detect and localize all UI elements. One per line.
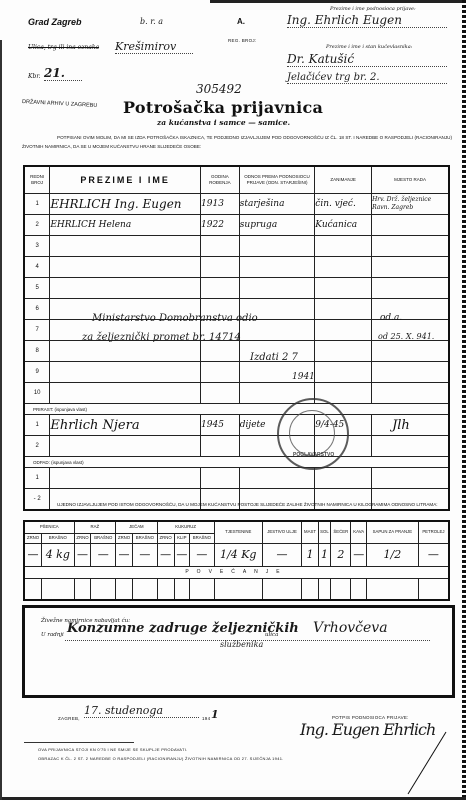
col-lard: MAST — [302, 521, 319, 543]
house-number-value: 21. — [44, 66, 82, 81]
sub-grain: ZRNO — [157, 533, 174, 543]
col-petroleum: PETROLEJ — [418, 521, 449, 543]
seal-inner-ring — [289, 410, 335, 456]
landlord-address: Jelačićev trg br. 2. — [287, 72, 447, 84]
col-soap: SAPUN ZA PRANJE — [366, 521, 418, 543]
person-name: EHRLICH Ing. Eugen — [50, 194, 201, 215]
sub-grain: ZRNO — [24, 533, 42, 543]
row-number: 9 — [24, 362, 50, 383]
value-rye-flour: — — [91, 543, 116, 566]
scan-edge-top — [210, 0, 466, 3]
sub-flour: BRAŠNO — [42, 533, 74, 543]
intro-declaration: POTPISANI OVIM MOLIM, DA MI SE IZDA POTR… — [22, 133, 452, 151]
col-header-occupation: ZANIMANJE — [315, 166, 372, 194]
serial-number: 305492 — [196, 82, 242, 96]
row-number: 10 — [24, 383, 50, 404]
signature-flourish-icon — [400, 730, 450, 800]
person-name: EHRLICH Helena — [50, 215, 201, 236]
table-header-row: REDNI BROJ PREZIME I IME GODINA ROĐENJA … — [24, 166, 449, 194]
value-petroleum: — — [418, 543, 449, 566]
form-title: Potrošačka prijavnica — [123, 98, 323, 117]
house-number-label: Kbr. — [28, 73, 40, 80]
table-row: 8 — [24, 341, 449, 362]
row-number: 1 — [24, 468, 50, 489]
street-value: Krešimirov — [115, 40, 193, 54]
regulation-note: OBRAZAC K ČL. 2 ST. 2 NAREDBE O RASPODJE… — [38, 756, 284, 761]
decrease-section-row: ODPAD: (ispunjava vlast) — [24, 457, 449, 468]
shop-selection-box: Živežne namirnice nabavljat ću: U radnji… — [22, 605, 455, 698]
group-wheat: PŠENICA — [24, 521, 74, 533]
value-lard: 1 — [302, 543, 319, 566]
applicant-label: Prezime i ime podnosioca prijave: — [330, 6, 416, 12]
row-number: 7 — [24, 320, 50, 341]
col-sugar: ŠEĆER — [331, 521, 351, 543]
increase-values-row — [24, 578, 449, 600]
col-header-name: PREZIME I IME — [50, 166, 201, 194]
workplace — [372, 215, 449, 236]
applicant-value: Ing. Ehrlich Eugen — [287, 13, 447, 28]
row-number: 2 — [24, 436, 50, 457]
row-number: 6 — [24, 299, 50, 320]
seal-text: POGLAVARSTVO — [293, 452, 334, 458]
street-label: Ulica, trg ili ina oznaka — [28, 44, 99, 51]
form-letter: A. — [237, 17, 245, 26]
occupation: čin. vjeć. — [315, 194, 372, 215]
sub-flour: BRAŠNO — [133, 533, 158, 543]
ministry-annotation-line1-right: od.a. — [380, 313, 402, 323]
workplace: Hrv. Drž. željeznice Ravn. Zagreb — [372, 194, 449, 215]
row-number: 1 — [24, 194, 50, 215]
value-sugar: 2 — [331, 543, 351, 566]
birth-year: 1945 — [201, 415, 240, 436]
form-subtitle: za kućanstva i samce — samice. — [157, 118, 290, 127]
scan-edge-right — [462, 0, 466, 800]
group-barley: JEČAM — [116, 521, 158, 533]
col-header-number: REDNI BROJ — [24, 166, 50, 194]
date-value: 17. studenoga — [84, 704, 199, 718]
official-seal-stamp: POGLAVARSTVO — [277, 398, 349, 470]
value-pasta: 1/4 Kg — [214, 543, 262, 566]
archive-stamp: DRŽAVNI ARHIV U ZAGREBU — [22, 99, 98, 109]
col-edible-oil: JESTIVO ULJE — [262, 521, 301, 543]
row-number: 3 — [24, 236, 50, 257]
table-row: 1 Ehrlich Njera 1945 dijete 9/4-45 Jlh — [24, 415, 449, 436]
sub-flour: BRAŠNO — [190, 533, 215, 543]
landlord-label: Prezime i ime i stan kućevlasnika: — [326, 44, 412, 50]
value-corn-cob: — — [174, 543, 189, 566]
col-coffee: KAVA — [351, 521, 366, 543]
row-number: 1 — [24, 415, 50, 436]
col-header-birth-year: GODINA ROĐENJA — [201, 166, 240, 194]
city-handwriting: b. r. a — [140, 17, 163, 26]
street-label: ulica — [265, 632, 278, 638]
shop-name: Konzumne zadruge željezničkih — [67, 621, 299, 636]
value-wheat-flour: 4 kg — [42, 543, 74, 566]
col-header-workplace: MJESTO RADA — [372, 166, 449, 194]
ministry-annotation-line2: za željeznički promet br. 14714 — [82, 332, 241, 343]
shop-name-line2: službenika — [220, 640, 263, 649]
value-barley-flour: — — [133, 543, 158, 566]
value-wheat-grain: — — [24, 543, 42, 566]
table-row: 2 — [24, 436, 449, 457]
group-corn: KUKURUZ — [157, 521, 214, 533]
birth-year: 1922 — [201, 215, 240, 236]
table-row: 9 — [24, 362, 449, 383]
relation: starješina — [239, 194, 315, 215]
col-salt: SOL — [318, 521, 330, 543]
ministry-annotation-line2-right: od 25. X. 941. — [378, 332, 434, 341]
price-note: OVA PRIJAVNICA STOJI KN 0'75 I NE SMIJE … — [38, 747, 188, 752]
shop-label: U radnji — [41, 632, 64, 638]
landlord-value: Dr. Katušić — [287, 52, 447, 67]
table-row: 1 EHRLICH Ing. Eugen 1913 starješina čin… — [24, 194, 449, 215]
supplies-values-row: — 4 kg — — — — — — — 1/4 Kg — 1 1 2 — 1/… — [24, 543, 449, 566]
decrease-label: ODPAD: (ispunjava vlast) — [24, 457, 449, 468]
sub-flour: BRAŠNO — [91, 533, 116, 543]
row-number: 2 — [24, 215, 50, 236]
row-number: 8 — [24, 341, 50, 362]
table-row: 10 — [24, 383, 449, 404]
food-supplies-table: PŠENICA RAŽ JEČAM KUKURUZ TJESTENINE JES… — [23, 520, 450, 601]
ministry-annotation-date: 1941 — [292, 372, 315, 382]
place-label: ZAGREB, — [58, 716, 80, 721]
relation: supruga — [239, 215, 315, 236]
value-soap: 1/2 — [366, 543, 418, 566]
birth-year: 1913 — [201, 194, 240, 215]
increase-row-label: POVEĆANJE — [24, 566, 449, 578]
table-row: 1 — [24, 468, 449, 489]
table-row: 4 — [24, 257, 449, 278]
value-corn-flour: — — [190, 543, 215, 566]
increase-label: PRIRAST: (ispunjava vlast) — [24, 404, 449, 415]
row-number: 4 — [24, 257, 50, 278]
sub-grain: ZRNO — [74, 533, 91, 543]
table-row: 3 — [24, 236, 449, 257]
occupation: Kućanica — [315, 215, 372, 236]
ministry-annotation-line1: Ministarstvo Domobranstva odio — [92, 313, 258, 324]
city-label: Grad Zagreb — [28, 17, 82, 27]
initials: Jlh — [372, 415, 449, 436]
ministry-annotation-line3: Izdati 2 7 — [250, 352, 298, 363]
supplies-declaration: UJEDNO IZJAVLJUJEM POD ISTOM ODGOVORNOŠĆ… — [22, 500, 452, 509]
year-prefix: 194 — [202, 716, 210, 721]
group-rye: RAŽ — [74, 521, 116, 533]
reg-number-label: REG. BROJ: — [228, 38, 257, 43]
table-row: 5 — [24, 278, 449, 299]
year-suffix: 1 — [211, 708, 219, 721]
value-rye-grain: — — [74, 543, 91, 566]
row-number: 5 — [24, 278, 50, 299]
shop-street: Vrhovčeva — [313, 620, 388, 636]
value-oil: — — [262, 543, 301, 566]
increase-row: POVEĆANJE — [24, 566, 449, 578]
table-row: 2 EHRLICH Helena 1922 supruga Kućanica — [24, 215, 449, 236]
col-pasta: TJESTENINE — [214, 521, 262, 543]
ration-form-page: Grad Zagreb b. r. a A. REG. BROJ: Ulica,… — [0, 0, 466, 800]
value-barley-grain: — — [116, 543, 133, 566]
increase-section-row: PRIRAST: (ispunjava vlast) — [24, 404, 449, 415]
footer-divider — [24, 742, 134, 743]
value-salt: 1 — [318, 543, 330, 566]
value-corn-grain: — — [157, 543, 174, 566]
person-name: Ehrlich Njera — [50, 415, 201, 436]
scan-edge-left — [0, 40, 2, 800]
value-coffee: — — [351, 543, 366, 566]
supplies-group-header-row: PŠENICA RAŽ JEČAM KUKURUZ TJESTENINE JES… — [24, 521, 449, 533]
sub-cob: KLIP — [174, 533, 189, 543]
col-header-relation: ODNOS PREMA PODNOSIOCU PRIJAVE (ODN. STA… — [239, 166, 315, 194]
sub-grain: ZRNO — [116, 533, 133, 543]
